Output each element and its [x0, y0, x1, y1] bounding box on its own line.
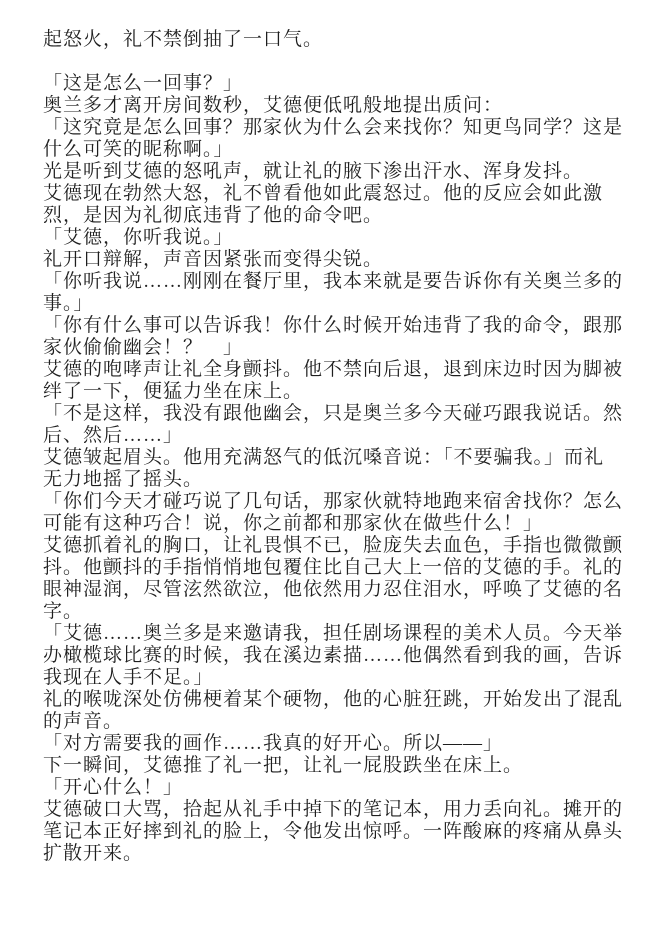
- text-line: 笔记本正好摔到礼的脸上，令他发出惊呼。一阵酸麻的疼痛从鼻头: [43, 821, 626, 843]
- text-line: 事。」: [43, 293, 626, 315]
- text-line: 字。: [43, 601, 626, 623]
- text-line: 绊了一下，便猛力坐在床上。: [43, 381, 626, 403]
- text-line: 艾德破口大骂，拾起从礼手中掉下的笔记本，用力丢向礼。摊开的: [43, 799, 626, 821]
- text-line: 「你们今天才碰巧说了几句话，那家伙就特地跑来宿舍找你？怎么: [43, 491, 626, 513]
- text-line: 什么可笑的昵称啊。」: [43, 139, 626, 161]
- novel-text-block: 起怒火，礼不禁倒抽了一口气。 「这是怎么一回事？」奥兰多才离开房间数秒，艾德便低…: [43, 29, 626, 865]
- text-line: 奥兰多才离开房间数秒，艾德便低吼般地提出质问：: [43, 95, 626, 117]
- text-line: 光是听到艾德的怒吼声，就让礼的腋下渗出汗水、浑身发抖。: [43, 161, 626, 183]
- text-line: 眼神湿润，尽管泫然欲泣，他依然用力忍住泪水，呼唤了艾德的名: [43, 579, 626, 601]
- text-line: 「艾德……奥兰多是来邀请我，担任剧场课程的美术人员。今天举: [43, 623, 626, 645]
- text-line: 「你听我说……刚刚在餐厅里，我本来就是要告诉你有关奥兰多的: [43, 271, 626, 293]
- text-line: 后、然后……」: [43, 425, 626, 447]
- text-line: 起怒火，礼不禁倒抽了一口气。: [43, 29, 626, 51]
- text-line: 无力地摇了摇头。: [43, 469, 626, 491]
- text-line: 抖。他颤抖的手指悄悄地包覆住比自己大上一倍的艾德的手。礼的: [43, 557, 626, 579]
- text-line: 「这是怎么一回事？」: [43, 73, 626, 95]
- text-line: 「你有什么事可以告诉我！你什么时候开始违背了我的命令，跟那: [43, 315, 626, 337]
- text-line: 艾德皱起眉头。他用充满怒气的低沉嗓音说：「不要骗我。」而礼: [43, 447, 626, 469]
- text-line: 「对方需要我的画作……我真的好开心。所以——」: [43, 733, 626, 755]
- text-line: 烈，是因为礼彻底违背了他的命令吧。: [43, 205, 626, 227]
- text-line: 「艾德，你听我说。」: [43, 227, 626, 249]
- ebook-page: 起怒火，礼不禁倒抽了一口气。 「这是怎么一回事？」奥兰多才离开房间数秒，艾德便低…: [0, 0, 662, 935]
- text-line: 扩散开来。: [43, 843, 626, 865]
- text-line: 我现在人手不足。」: [43, 667, 626, 689]
- text-line: 「开心什么！」: [43, 777, 626, 799]
- text-line: 「不是这样，我没有跟他幽会，只是奥兰多今天碰巧跟我说话。然: [43, 403, 626, 425]
- text-line: 「这究竟是怎么回事？那家伙为什么会来找你？知更鸟同学？这是: [43, 117, 626, 139]
- text-line: 办橄榄球比赛的时候，我在溪边素描……他偶然看到我的画，告诉: [43, 645, 626, 667]
- text-line: 可能有这种巧合！说，你之前都和那家伙在做些什么！」: [43, 513, 626, 535]
- text-line: 礼的喉咙深处仿佛梗着某个硬物，他的心脏狂跳，开始发出了混乱: [43, 689, 626, 711]
- text-line: 艾德的咆哮声让礼全身颤抖。他不禁向后退，退到床边时因为脚被: [43, 359, 626, 381]
- text-line: 艾德现在勃然大怒，礼不曾看他如此震怒过。他的反应会如此激: [43, 183, 626, 205]
- text-line: 家伙偷偷幽会！？ 」: [43, 337, 626, 359]
- text-line: 艾德抓着礼的胸口，让礼畏惧不已，脸庞失去血色，手指也微微颤: [43, 535, 626, 557]
- blank-line: [43, 51, 626, 73]
- text-line: 礼开口辩解，声音因紧张而变得尖锐。: [43, 249, 626, 271]
- text-line: 下一瞬间，艾德推了礼一把，让礼一屁股跌坐在床上。: [43, 755, 626, 777]
- text-line: 的声音。: [43, 711, 626, 733]
